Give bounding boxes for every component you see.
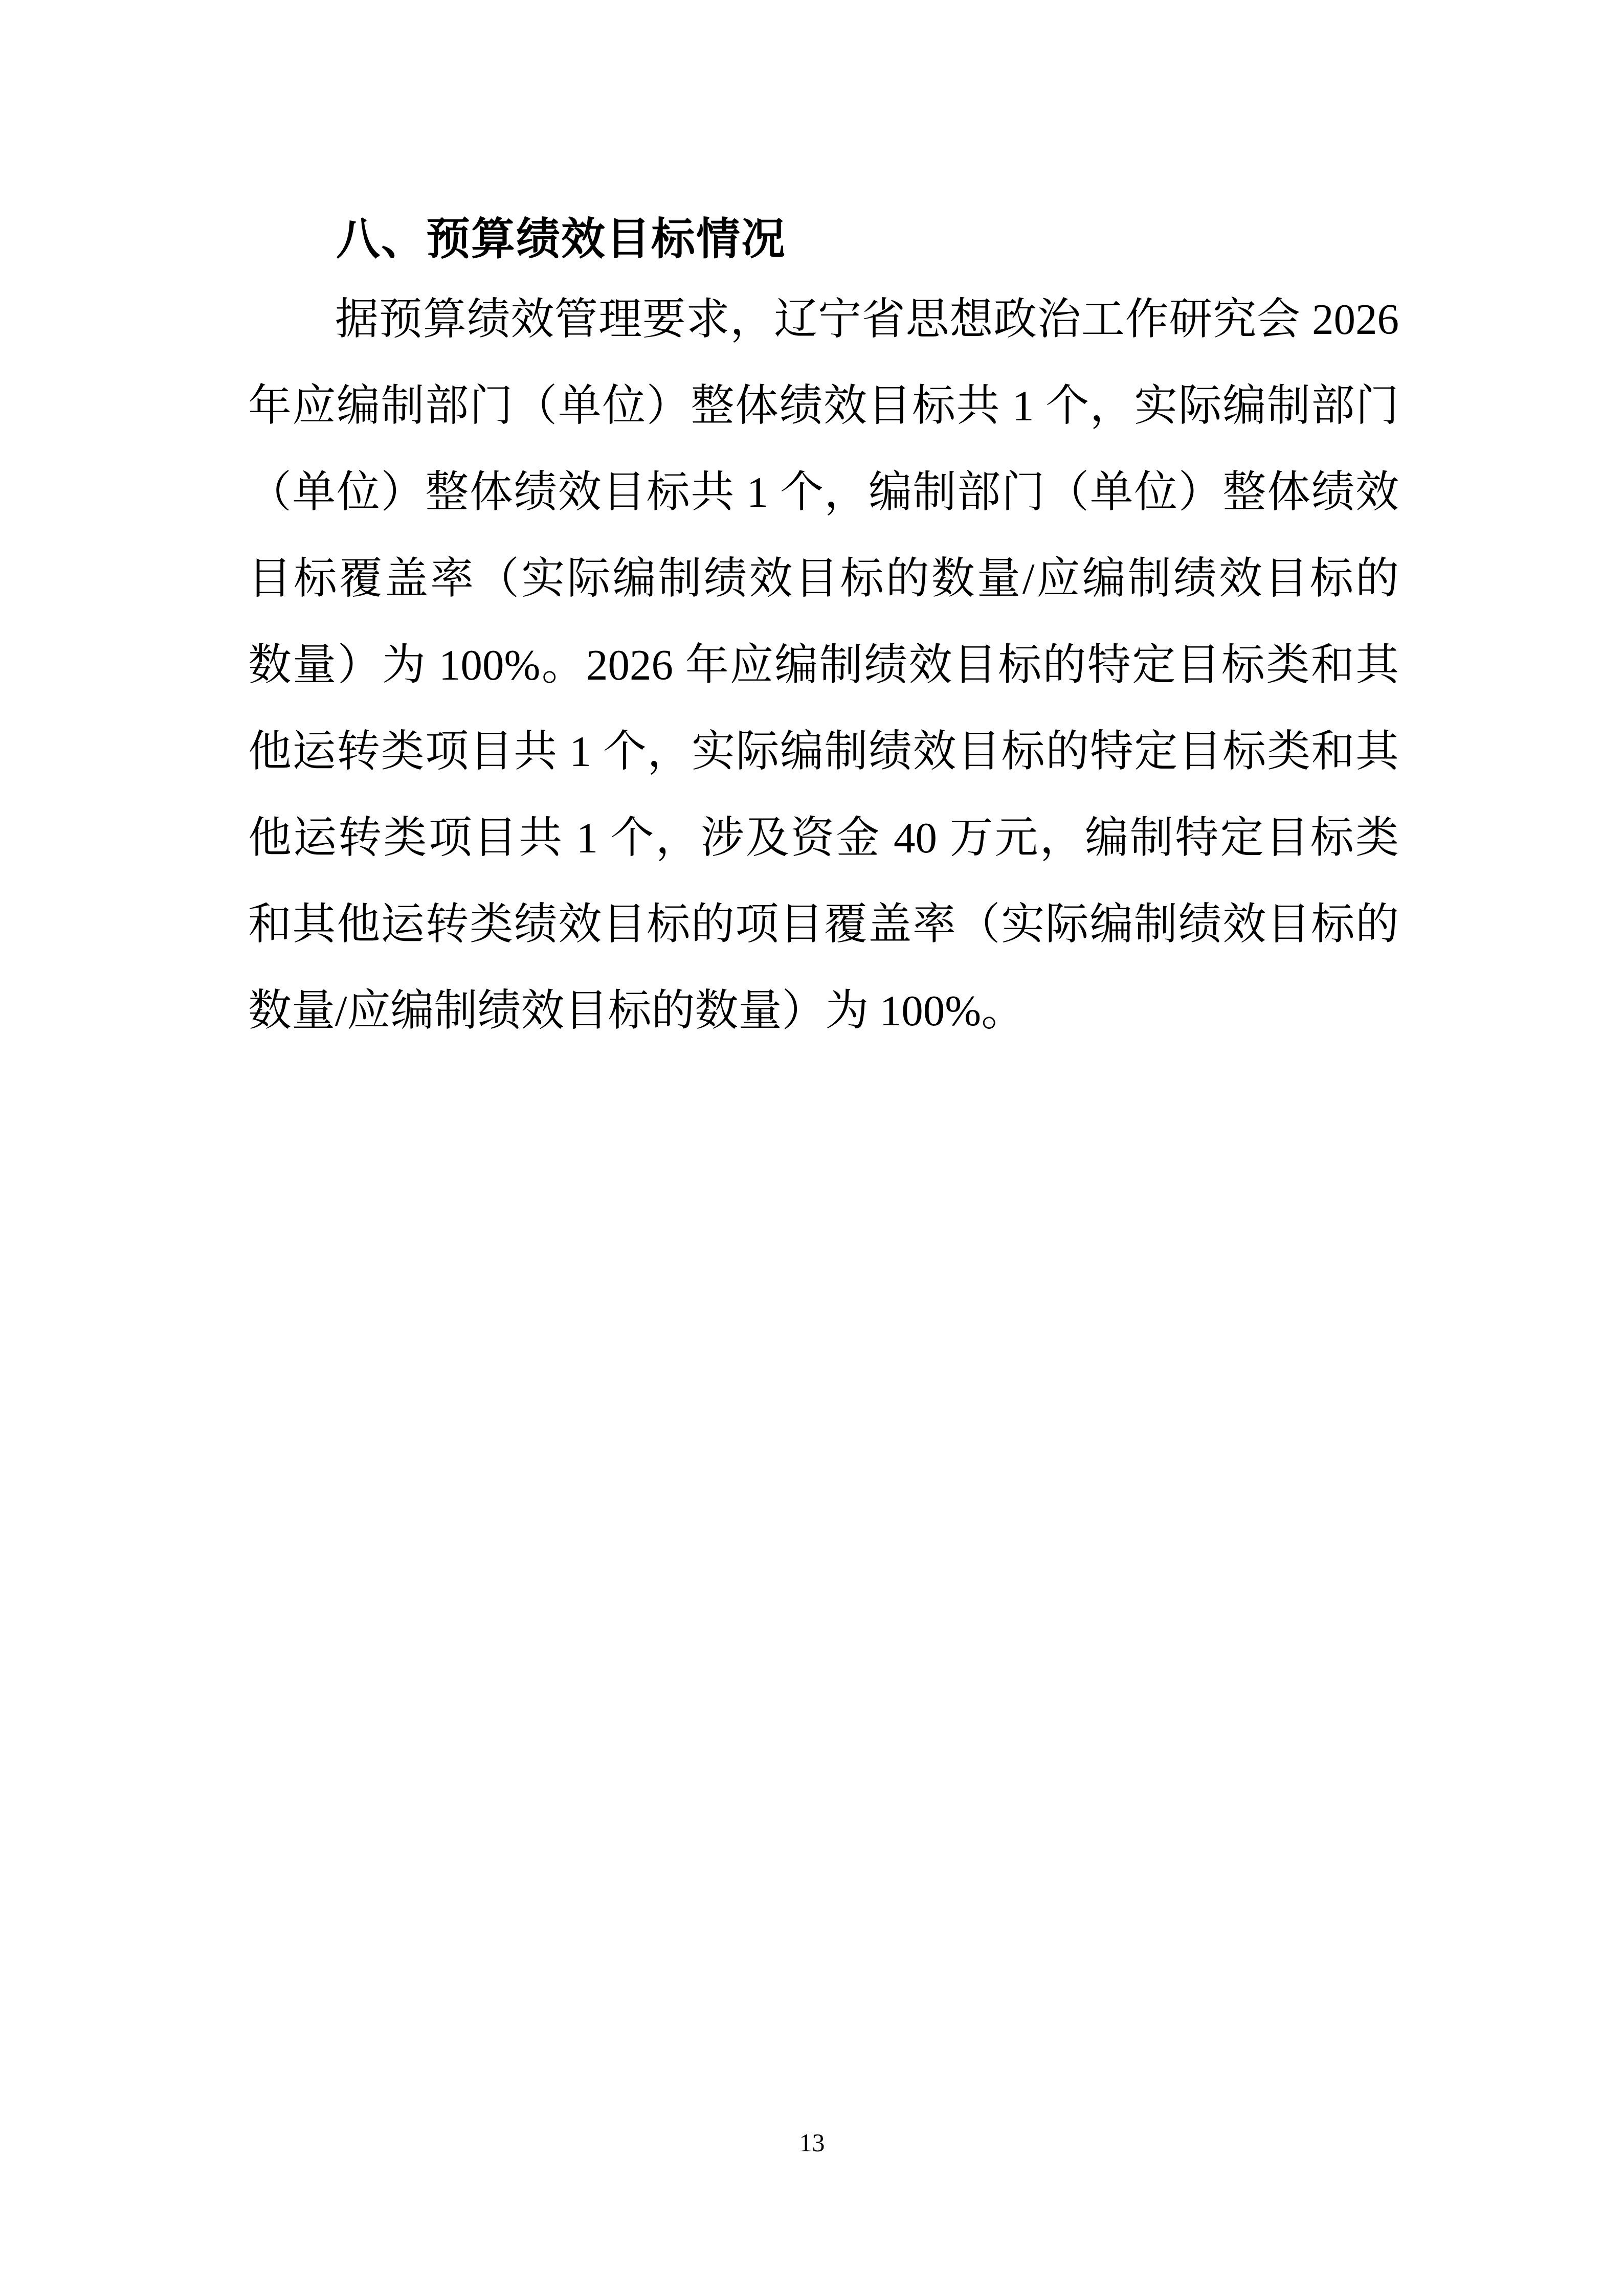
paragraph-line: 据预算绩效管理要求，辽宁省思想政治工作研究会 2026 xyxy=(248,277,1399,363)
page-number: 13 xyxy=(0,2125,1624,2160)
section-heading: 八、预算绩效目标情况 xyxy=(248,202,1399,277)
paragraph-line: 年应编制部门（单位）整体绩效目标共 1 个，实际编制部门 xyxy=(248,363,1399,449)
document-page: 八、预算绩效目标情况 据预算绩效管理要求，辽宁省思想政治工作研究会 2026 年… xyxy=(0,0,1624,2296)
text-block: 八、预算绩效目标情况 据预算绩效管理要求，辽宁省思想政治工作研究会 2026 年… xyxy=(248,202,1399,1054)
paragraph-line: 目标覆盖率（实际编制绩效目标的数量/应编制绩效目标的 xyxy=(248,536,1399,622)
paragraph-line: 他运转类项目共 1 个，实际编制绩效目标的特定目标类和其 xyxy=(248,709,1399,795)
paragraph-line: （单位）整体绩效目标共 1 个，编制部门（单位）整体绩效 xyxy=(248,449,1399,536)
paragraph-line: 和其他运转类绩效目标的项目覆盖率（实际编制绩效目标的 xyxy=(248,882,1399,968)
paragraph-line: 数量/应编制绩效目标的数量）为 100%。 xyxy=(248,968,1399,1054)
paragraph-line: 数量）为 100%。2026 年应编制绩效目标的特定目标类和其 xyxy=(248,622,1399,709)
paragraph-line: 他运转类项目共 1 个，涉及资金 40 万元，编制特定目标类 xyxy=(248,795,1399,882)
